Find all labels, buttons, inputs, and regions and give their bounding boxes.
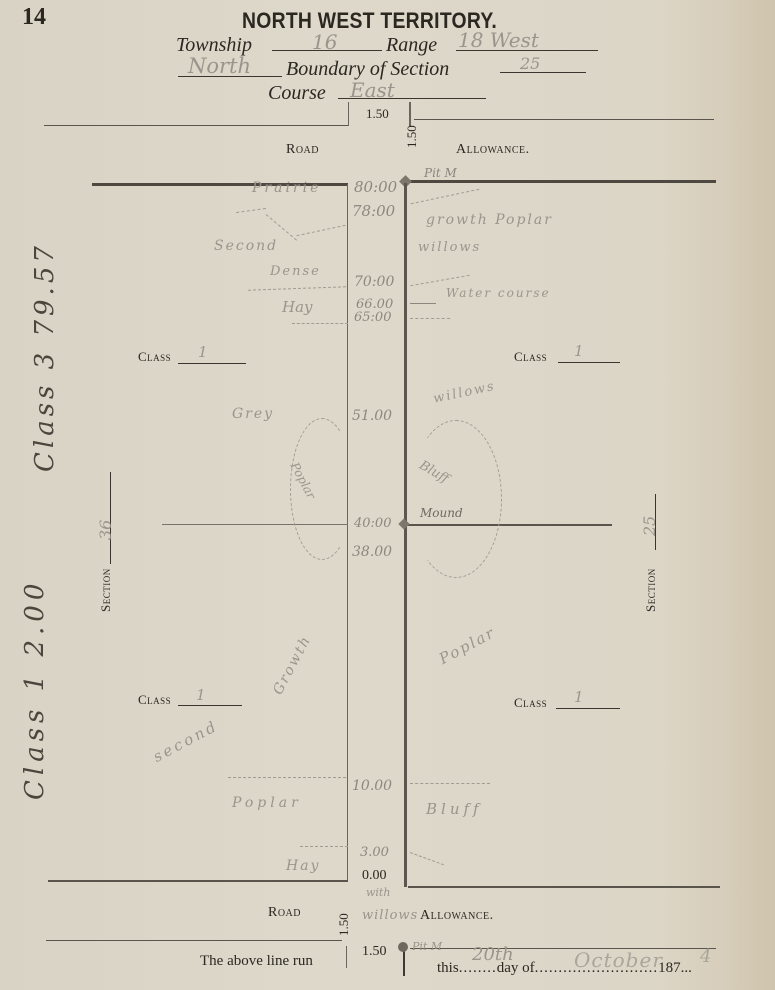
road-bottom-note-line2: willows [362,908,418,923]
class-lower-left-label: Class [138,692,171,708]
road-top-width: 1.50 [404,125,420,148]
this-label: this [437,960,459,976]
range-value: 18 West [458,28,539,52]
chainage-65: 65:00 [354,310,391,325]
post-marker-bottom [398,942,408,952]
boundary-dash [410,783,490,784]
boundary-dash [411,189,480,205]
note-prairie: Prairie [252,180,321,196]
road-bottom-width: 1.50 [336,913,352,936]
course-label: Course [268,82,326,105]
margin-note-upper: Class 3 79.57 [30,242,60,472]
boundary-dash [292,323,348,324]
class-lower-left-value: 1 [196,686,206,704]
note-second-lower: second [150,717,221,766]
road-top-upper-line-left [44,125,348,126]
section-left-value: 36 [96,520,115,540]
post-stake [403,948,405,976]
footer-line-left [46,940,342,941]
chainage-70: 70:00 [354,274,394,290]
chainage-0: 0.00 [362,868,387,884]
month-value: October [574,948,663,972]
south-road-line-right [408,886,720,888]
class-lower-right-value: 1 [574,688,584,706]
chainage-51: 51.00 [352,408,392,424]
section-blank [500,72,586,73]
section-value: 25 [520,54,540,73]
boundary-dash [228,777,346,778]
note-second: Second [214,238,278,254]
chainage-38: 38.00 [352,544,392,560]
note-bluff-low: Bluff [426,800,483,818]
footer-post-note: Pit M [412,940,442,953]
footer-width: 1.50 [362,944,387,960]
chainage-3: 3.00 [360,845,389,860]
class-upper-right-value: 1 [574,342,584,360]
note-hay-low: Hay [286,858,320,874]
water-course-arrow [410,303,436,304]
boundary-dash [296,225,345,236]
road-bottom-right-label: Allowance. [420,908,494,924]
road-top-post-note: Pit M [424,166,457,180]
footer-line-right [410,948,716,949]
class-upper-right-blank [558,362,620,363]
class-upper-left-label: Class [138,349,171,365]
boundary-dash [410,852,444,865]
north-road-line-right [408,180,716,183]
road-bottom-note-line1: with [366,886,390,899]
note-grey: Grey [232,406,274,422]
section-right-label: Section [643,568,659,612]
margin-note-lower: Class 1 2.00 [20,579,50,800]
note-poplar-right: Poplar [436,623,498,668]
class-lower-right-label: Class [514,695,547,711]
boundary-dash [410,318,450,319]
footer-divider [346,946,347,968]
course-value: East [350,78,395,102]
note-growth-poplar: growth Poplar [426,212,553,228]
class-lower-left-blank [178,705,242,706]
south-road-line-left [48,880,348,882]
bluff-mound-boundary [410,420,502,578]
note-willows-top: willows [418,240,481,255]
chainage-78: 78:00 [352,202,395,220]
road-top-left-label: Road [286,142,319,158]
chainage-10: 10.00 [352,778,392,794]
boundary-dash [248,286,346,290]
road-top-right-label: Allowance. [456,142,530,158]
section-left-label: Section [98,568,114,612]
class-upper-left-blank [178,363,246,364]
footer-run-label: The above line run [200,953,313,970]
page-number: 14 [22,4,46,31]
boundary-dash [410,275,469,286]
day-value: 20th [472,944,514,965]
note-mound: Mound [420,506,463,520]
note-dense: Dense [270,264,321,279]
survey-field-book-page: 14 NORTH WEST TERRITORY. Township 16 Ran… [0,0,775,990]
survey-post-marker-mid [398,518,409,529]
note-growth: Growth [270,633,315,698]
note-hay-top: Hay [282,298,313,316]
boundary-dash [300,846,348,847]
road-bottom-left-label: Road [268,905,301,921]
note-poplar-low: Poplar [232,795,302,811]
section-left-blank [110,472,111,564]
boundary-dash [266,214,297,240]
road-top-divider-right [409,102,411,126]
road-top-divider-left [348,102,349,126]
range-label: Range [386,34,437,57]
class-upper-right-label: Class [514,349,547,365]
survey-line [404,183,407,887]
note-water-course: Water course [446,286,551,300]
road-top-upper-line-right [414,119,714,120]
class-upper-left-value: 1 [198,343,208,361]
boundary-dash [236,208,266,213]
township-value: 16 [312,30,337,54]
boundary-value: North [188,54,251,78]
chainage-40: 40:00 [354,516,391,531]
class-lower-right-blank [556,708,620,709]
note-willows-mid: willows [432,379,497,407]
year-suffix: 4 [700,946,711,967]
section-right-value: 25 [640,516,659,536]
chainage-80: 80:00 [354,178,397,196]
top-width-label: 1.50 [366,106,389,122]
